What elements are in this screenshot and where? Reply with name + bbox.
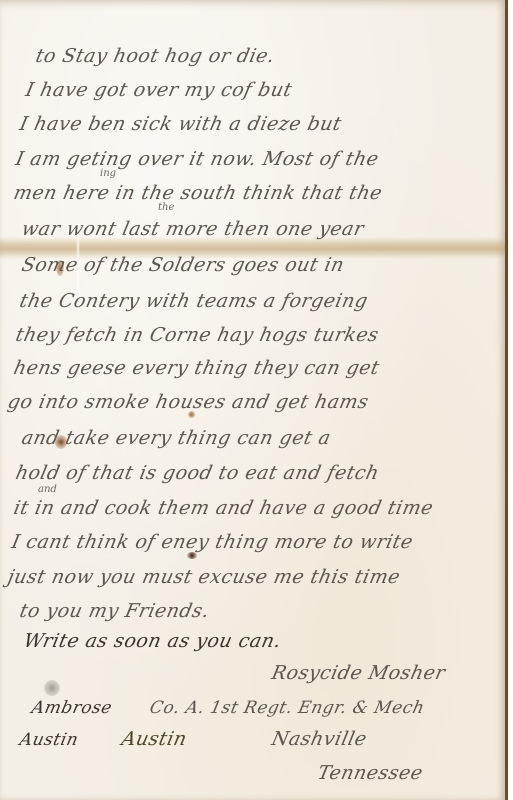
margin-note: Austin — [120, 728, 189, 750]
signature-name: Rosycide Mosher — [270, 662, 448, 684]
margin-note: Austin — [18, 730, 80, 750]
body-line: to you my Friends. — [18, 600, 212, 622]
body-line: war wont last more then one year — [20, 218, 366, 240]
body-line: they fetch in Corne hay hogs turkes — [14, 324, 381, 346]
body-line: I have ben sick with a dieze but — [18, 113, 344, 135]
body-line: and take every thing can get a — [20, 427, 333, 449]
body-line: men here in the south think that the — [12, 182, 385, 204]
body-line: hens geese every thing they can get — [12, 357, 382, 379]
body-line: I cant think of eney thing more to write — [10, 531, 415, 553]
body-line: I have got over my cof but — [24, 79, 295, 101]
interlinear-insert: and — [38, 484, 57, 495]
body-line: Some of the Solders goes out in — [20, 254, 347, 276]
body-line: to Stay hoot hog or die. — [34, 45, 277, 67]
signature-state: Tennessee — [316, 762, 425, 784]
interlinear-insert: ing — [100, 168, 116, 179]
signature-city: Nashville — [270, 728, 369, 750]
margin-note: Ambrose — [30, 698, 114, 718]
body-line-closing: Write as soon as you can. — [22, 630, 284, 652]
body-line: it in and cook them and have a good time — [12, 497, 436, 519]
signature-unit: Co. A. 1st Regt. Engr. & Mech — [148, 698, 427, 718]
body-line: go into smoke houses and get hams — [6, 391, 371, 413]
body-line: the Contery with teams a forgeing — [18, 290, 370, 312]
letter-text: to Stay hoot hog or die. I have got over… — [0, 0, 505, 800]
body-line: hold of that is good to eat and fetch — [14, 462, 382, 484]
interlinear-insert: the — [158, 202, 174, 213]
body-line: just now you must excuse me this time — [6, 566, 403, 588]
body-line: I am geting over it now. Most of the — [14, 148, 381, 170]
